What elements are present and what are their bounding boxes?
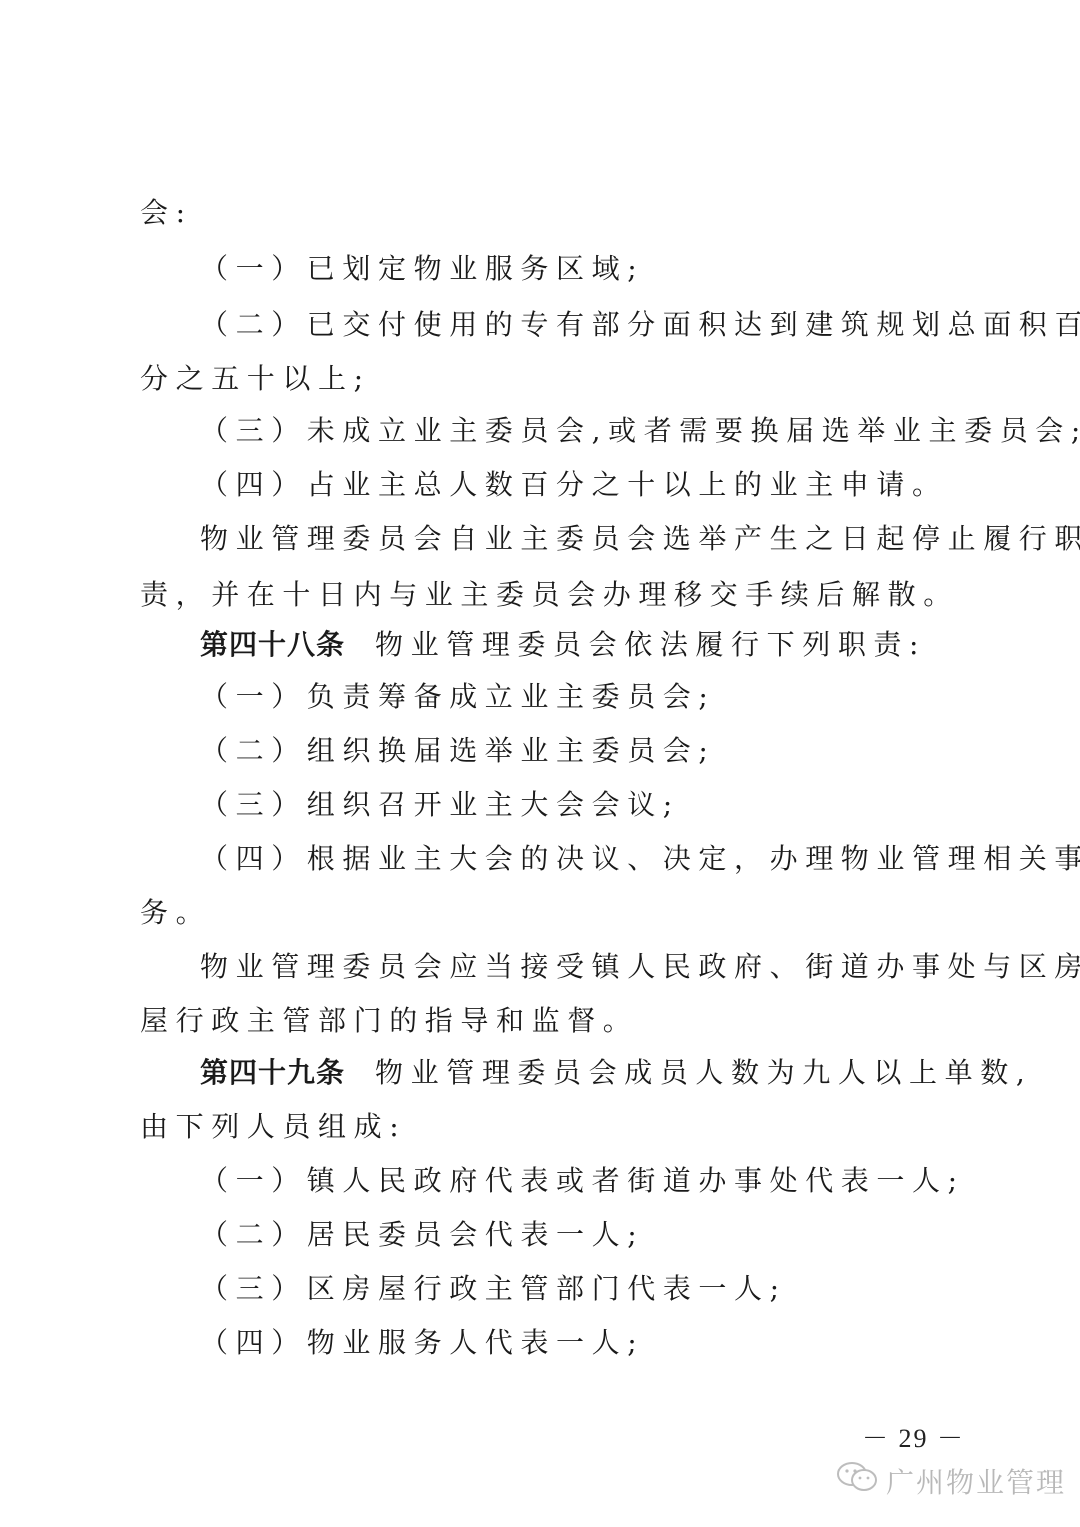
watermark-text: 广州物业管理 bbox=[886, 1461, 1066, 1501]
text-line: 会: bbox=[140, 196, 193, 230]
text-line: 责，并在十日内与业主委员会办理移交手续后解散。 bbox=[140, 578, 959, 612]
article-49-title: 第四十九条 bbox=[200, 1056, 345, 1089]
text-line: 分之五十以上; bbox=[140, 362, 371, 396]
text-line: 务。 bbox=[140, 896, 211, 930]
text-line: （四）占业主总人数百分之十以上的业主申请。 bbox=[200, 468, 948, 502]
text-line: 物业管理委员会应当接受镇人民政府、街道办事处与区房 bbox=[200, 950, 1080, 984]
article-49-heading: 第四十九条物业管理委员会成员人数为九人以上单数, bbox=[200, 1056, 1032, 1090]
text-line: 由下列人员组成: bbox=[140, 1110, 406, 1144]
watermark: 广州物业管理 bbox=[836, 1460, 1066, 1501]
article-49-text: 物业管理委员会成员人数为九人以上单数, bbox=[375, 1056, 1032, 1089]
article-48-heading: 第四十八条物业管理委员会依法履行下列职责: bbox=[200, 628, 926, 662]
text-line: 物业管理委员会自业主委员会选举产生之日起停止履行职 bbox=[200, 522, 1080, 556]
text-line: （二）组织换届选举业主委员会; bbox=[200, 734, 715, 768]
text-line: （一）已划定物业服务区域; bbox=[200, 252, 644, 286]
page-number: － 29 － bbox=[862, 1418, 965, 1455]
text-line: （四）物业服务人代表一人; bbox=[200, 1326, 644, 1360]
text-line: （二）居民委员会代表一人; bbox=[200, 1218, 644, 1252]
text-line: （三）未成立业主委员会,或者需要换届选举业主委员会; bbox=[200, 414, 1080, 448]
text-line: （二）已交付使用的专有部分面积达到建筑规划总面积百 bbox=[200, 308, 1080, 342]
text-line: （一）镇人民政府代表或者街道办事处代表一人; bbox=[200, 1164, 965, 1198]
article-48-title: 第四十八条 bbox=[200, 628, 345, 661]
text-line: （一）负责筹备成立业主委员会; bbox=[200, 680, 715, 714]
text-line: （三）区房屋行政主管部门代表一人; bbox=[200, 1272, 787, 1306]
text-line: 屋行政主管部门的指导和监督。 bbox=[140, 1004, 638, 1038]
wechat-icon bbox=[836, 1460, 886, 1501]
article-48-text: 物业管理委员会依法履行下列职责: bbox=[375, 628, 926, 661]
text-line: （三）组织召开业主大会会议; bbox=[200, 788, 680, 822]
text-line: （四）根据业主大会的决议、决定，办理物业管理相关事 bbox=[200, 842, 1080, 876]
